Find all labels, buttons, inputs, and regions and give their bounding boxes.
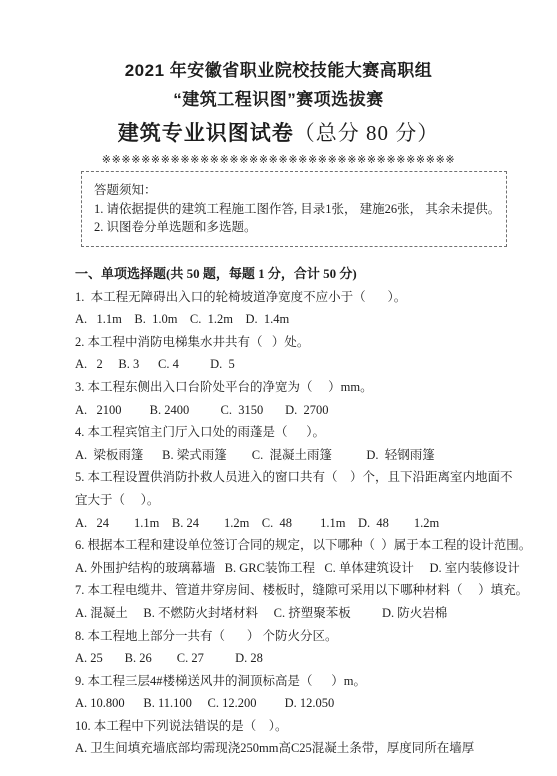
question-1-options: A. 1.1m B. 1.0m C. 1.2m D. 1.4m — [75, 308, 535, 331]
notice-item-1: 1. 请依据提供的建筑工程施工图作答, 目录1张， 建施26张， 其余未提供。 — [94, 200, 498, 219]
question-10: 10. 本工程中下列说法错误的是（ ）。 A. 卫生间填充墙底部均需现浇250m… — [75, 715, 535, 760]
question-5-text-line1: 5. 本工程设置供消防扑救人员进入的窗口共有（ ）个，且下沿距离室内地面不 — [75, 466, 535, 489]
question-10-text: 10. 本工程中下列说法错误的是（ ）。 — [75, 715, 535, 738]
questions-section: 一、单项选择题(共 50 题，每题 1 分，合计 50 分) 1. 本工程无障碍… — [75, 263, 535, 760]
paper-title-line2: “建筑工程识图”赛项选拔赛 — [0, 88, 557, 112]
paper-title-main: 建筑专业识图试卷 — [118, 122, 294, 145]
question-4: 4. 本工程宾馆主门厅入口处的雨蓬是（ ）。 A. 梁板雨篷 B. 梁式雨篷 C… — [75, 421, 535, 466]
question-5-options: A. 24 1.1m B. 24 1.2m C. 48 1.1m D. 48 1… — [75, 512, 535, 535]
notice-heading: 答题须知： — [94, 181, 498, 200]
question-7: 7. 本工程电缆井、管道井穿房间、楼板时，缝隙可采用以下哪种材料（ ）填充。 A… — [75, 579, 535, 624]
question-8-text: 8. 本工程地上部分一共有（ ） 个防火分区。 — [75, 625, 535, 648]
question-5-text-line2: 宜大于（ ）。 — [75, 489, 535, 512]
notice-item-2: 2. 识图卷分单选题和多选题。 — [94, 218, 498, 237]
question-7-text: 7. 本工程电缆井、管道井穿房间、楼板时，缝隙可采用以下哪种材料（ ）填充。 — [75, 579, 535, 602]
question-7-options: A. 混凝土 B. 不燃防火封堵材料 C. 挤塑聚苯板 D. 防火岩棉 — [75, 602, 535, 625]
question-6: 6. 根据本工程和建设单位签订合同的规定，以下哪种（ ）属于本工程的设计范围。 … — [75, 534, 535, 579]
question-10-option-a: A. 卫生间填充墙底部均需现浇250mm高C25混凝土条带，厚度同所在墙厚 — [75, 737, 535, 760]
section-heading: 一、单项选择题(共 50 题，每题 1 分，合计 50 分) — [75, 263, 535, 286]
question-9: 9. 本工程三层4#楼梯送风井的洞顶标高是（ ）m。 A. 10.800 B. … — [75, 670, 535, 715]
question-4-options: A. 梁板雨篷 B. 梁式雨篷 C. 混凝土雨篷 D. 轻钢雨篷 — [75, 444, 535, 467]
exam-paper-page: 2021 年安徽省职业院校技能大赛高职组 “建筑工程识图”赛项选拔赛 建筑专业识… — [0, 0, 557, 776]
question-5: 5. 本工程设置供消防扑救人员进入的窗口共有（ ）个，且下沿距离室内地面不 宜大… — [75, 466, 535, 534]
question-9-text: 9. 本工程三层4#楼梯送风井的洞顶标高是（ ）m。 — [75, 670, 535, 693]
question-1-text: 1. 本工程无障碍出入口的轮椅坡道净宽度不应小于（ ）。 — [75, 286, 535, 309]
question-3-options: A. 2100 B. 2400 C. 3150 D. 2700 — [75, 399, 535, 422]
question-9-options: A. 10.800 B. 11.100 C. 12.200 D. 12.050 — [75, 692, 535, 715]
question-3-text: 3. 本工程东侧出入口台阶处平台的净宽为（ ）mm。 — [75, 376, 535, 399]
paper-title-line3: 建筑专业识图试卷（总分 80 分） — [0, 119, 557, 148]
paper-header: 2021 年安徽省职业院校技能大赛高职组 “建筑工程识图”赛项选拔赛 建筑专业识… — [0, 0, 557, 167]
question-2: 2. 本工程中消防电梯集水井共有（ ）处。 A. 2 B. 3 C. 4 D. … — [75, 331, 535, 376]
question-2-text: 2. 本工程中消防电梯集水井共有（ ）处。 — [75, 331, 535, 354]
question-2-options: A. 2 B. 3 C. 4 D. 5 — [75, 353, 535, 376]
question-4-text: 4. 本工程宾馆主门厅入口处的雨蓬是（ ）。 — [75, 421, 535, 444]
question-8: 8. 本工程地上部分一共有（ ） 个防火分区。 A. 25 B. 26 C. 2… — [75, 625, 535, 670]
question-6-options: A. 外围护结构的玻璃幕墙 B. GRC装饰工程 C. 单体建筑设计 D. 室内… — [75, 557, 535, 580]
question-1: 1. 本工程无障碍出入口的轮椅坡道净宽度不应小于（ ）。 A. 1.1m B. … — [75, 286, 535, 331]
paper-title-total-score: （总分 80 分） — [294, 121, 440, 145]
question-3: 3. 本工程东侧出入口台阶处平台的净宽为（ ）mm。 A. 2100 B. 24… — [75, 376, 535, 421]
answer-notice-box: 答题须知： 1. 请依据提供的建筑工程施工图作答, 目录1张， 建施26张， 其… — [81, 171, 507, 247]
paper-title-line1: 2021 年安徽省职业院校技能大赛高职组 — [0, 58, 557, 83]
question-6-text: 6. 根据本工程和建设单位签订合同的规定，以下哪种（ ）属于本工程的设计范围。 — [75, 534, 535, 557]
decorative-divider: ※※※※※※※※※※※※※※※※※※※※※※※※※※※※※※※※※※※※ — [0, 153, 557, 167]
question-8-options: A. 25 B. 26 C. 27 D. 28 — [75, 647, 535, 670]
